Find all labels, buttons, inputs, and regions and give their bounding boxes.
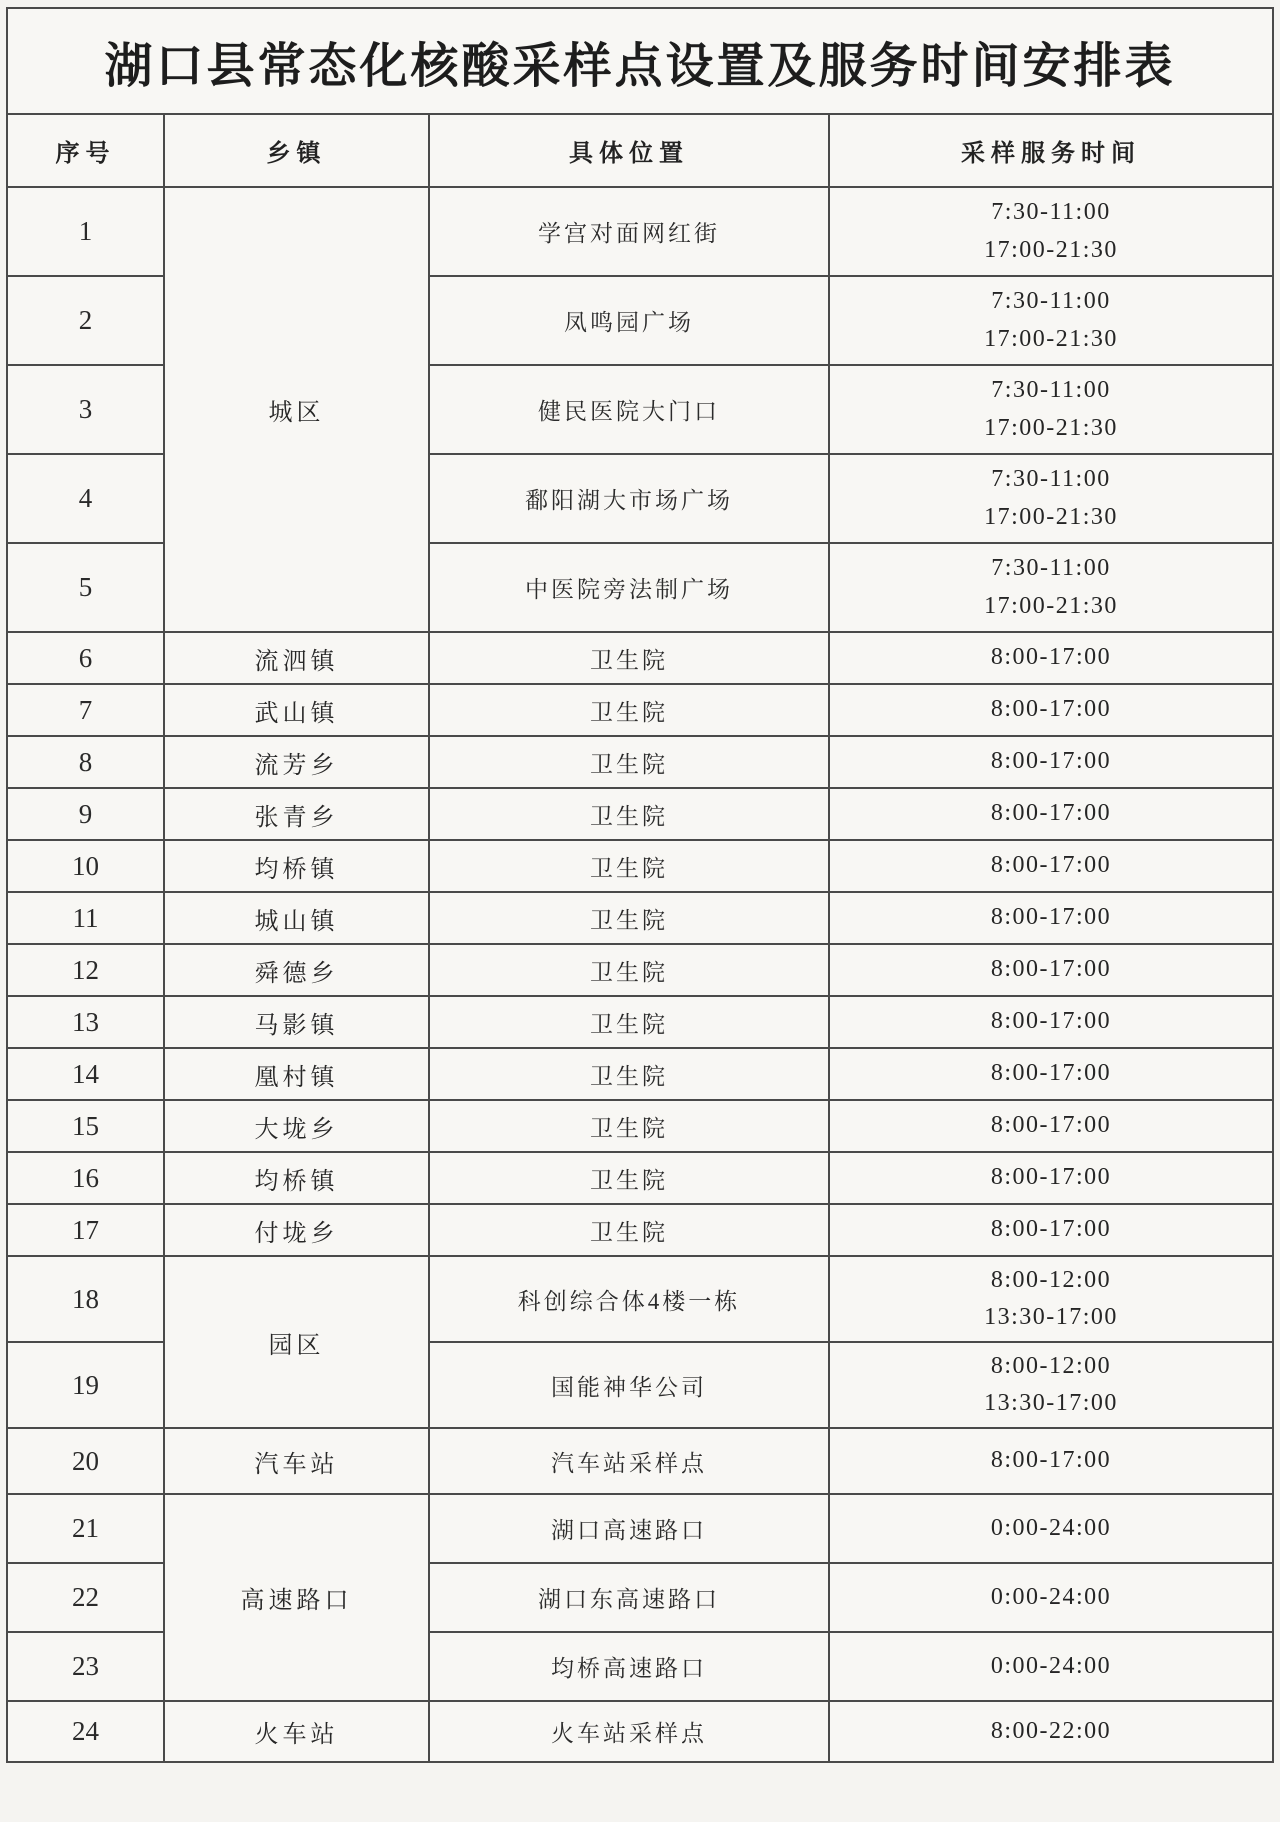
location-cell: 汽车站采样点: [429, 1428, 829, 1494]
time-line-1: 7:30-11:00: [830, 194, 1272, 231]
location-cell: 学宫对面网红街: [429, 187, 829, 276]
location-cell: 科创综合体4楼一栋: [429, 1256, 829, 1342]
time-cell: 0:00-24:00: [829, 1494, 1273, 1563]
serial-cell: 1: [7, 187, 164, 276]
time-cell: 7:30-11:00 17:00-21:30: [829, 187, 1273, 276]
time-line-1: 7:30-11:00: [830, 283, 1272, 320]
time-line-1: 8:00-12:00: [830, 1262, 1272, 1299]
location-cell: 湖口东高速路口: [429, 1563, 829, 1632]
title-row: 湖口县常态化核酸采样点设置及服务时间安排表: [7, 8, 1273, 114]
table-row: 21 高速路口 湖口高速路口 0:00-24:00: [7, 1494, 1273, 1563]
serial-cell: 5: [7, 543, 164, 632]
table-row: 24 火车站 火车站采样点 8:00-22:00: [7, 1701, 1273, 1762]
time-cell: 0:00-24:00: [829, 1563, 1273, 1632]
time-line-1: 7:30-11:00: [830, 372, 1272, 409]
town-cell: 城山镇: [164, 892, 429, 944]
time-line-2: 17:00-21:30: [830, 410, 1272, 447]
time-cell: 8:00-17:00: [829, 892, 1273, 944]
table-row: 12 舜德乡 卫生院 8:00-17:00: [7, 944, 1273, 996]
location-cell: 卫生院: [429, 840, 829, 892]
town-cell-merged: 城区: [164, 187, 429, 632]
table-row: 14 凰村镇 卫生院 8:00-17:00: [7, 1048, 1273, 1100]
time-cell: 7:30-11:00 17:00-21:30: [829, 365, 1273, 454]
header-row: 序号 乡镇 具体位置 采样服务时间: [7, 114, 1273, 187]
col-header-time: 采样服务时间: [829, 114, 1273, 187]
town-cell: 流芳乡: [164, 736, 429, 788]
time-cell: 8:00-22:00: [829, 1701, 1273, 1762]
location-cell: 卫生院: [429, 684, 829, 736]
serial-cell: 2: [7, 276, 164, 365]
town-cell-merged: 园区: [164, 1256, 429, 1428]
time-cell: 8:00-17:00: [829, 788, 1273, 840]
time-line-1: 7:30-11:00: [830, 461, 1272, 498]
location-cell: 卫生院: [429, 1100, 829, 1152]
serial-cell: 20: [7, 1428, 164, 1494]
town-cell: 流泗镇: [164, 632, 429, 684]
table-row: 1 城区 学宫对面网红街 7:30-11:00 17:00-21:30: [7, 187, 1273, 276]
col-header-no: 序号: [7, 114, 164, 187]
serial-cell: 18: [7, 1256, 164, 1342]
serial-cell: 24: [7, 1701, 164, 1762]
location-cell: 国能神华公司: [429, 1342, 829, 1428]
location-cell: 卫生院: [429, 1204, 829, 1256]
town-cell-merged: 高速路口: [164, 1494, 429, 1701]
table-row: 6 流泗镇 卫生院 8:00-17:00: [7, 632, 1273, 684]
town-cell: 张青乡: [164, 788, 429, 840]
town-cell: 汽车站: [164, 1428, 429, 1494]
table-row: 8 流芳乡 卫生院 8:00-17:00: [7, 736, 1273, 788]
time-cell: 8:00-12:00 13:30-17:00: [829, 1342, 1273, 1428]
document-sheet: 湖口县常态化核酸采样点设置及服务时间安排表 序号 乡镇 具体位置 采样服务时间 …: [6, 7, 1274, 1763]
serial-cell: 23: [7, 1632, 164, 1701]
town-cell: 均桥镇: [164, 1152, 429, 1204]
serial-cell: 22: [7, 1563, 164, 1632]
serial-cell: 12: [7, 944, 164, 996]
location-cell: 中医院旁法制广场: [429, 543, 829, 632]
serial-cell: 11: [7, 892, 164, 944]
time-cell: 7:30-11:00 17:00-21:30: [829, 276, 1273, 365]
serial-cell: 7: [7, 684, 164, 736]
town-cell: 武山镇: [164, 684, 429, 736]
location-cell: 均桥高速路口: [429, 1632, 829, 1701]
location-cell: 健民医院大门口: [429, 365, 829, 454]
table-row: 20 汽车站 汽车站采样点 8:00-17:00: [7, 1428, 1273, 1494]
serial-cell: 16: [7, 1152, 164, 1204]
town-cell: 大垅乡: [164, 1100, 429, 1152]
time-cell: 8:00-17:00: [829, 996, 1273, 1048]
page-title: 湖口县常态化核酸采样点设置及服务时间安排表: [7, 8, 1273, 114]
location-cell: 卫生院: [429, 736, 829, 788]
time-cell: 8:00-17:00: [829, 632, 1273, 684]
town-cell: 舜德乡: [164, 944, 429, 996]
time-line-2: 17:00-21:30: [830, 588, 1272, 625]
table-row: 15 大垅乡 卫生院 8:00-17:00: [7, 1100, 1273, 1152]
table-row: 13 马影镇 卫生院 8:00-17:00: [7, 996, 1273, 1048]
location-cell: 卫生院: [429, 996, 829, 1048]
time-cell: 7:30-11:00 17:00-21:30: [829, 543, 1273, 632]
table-row: 18 园区 科创综合体4楼一栋 8:00-12:00 13:30-17:00: [7, 1256, 1273, 1342]
serial-cell: 19: [7, 1342, 164, 1428]
serial-cell: 14: [7, 1048, 164, 1100]
location-cell: 火车站采样点: [429, 1701, 829, 1762]
serial-cell: 13: [7, 996, 164, 1048]
table-row: 11 城山镇 卫生院 8:00-17:00: [7, 892, 1273, 944]
location-cell: 鄱阳湖大市场广场: [429, 454, 829, 543]
table-row: 9 张青乡 卫生院 8:00-17:00: [7, 788, 1273, 840]
time-cell: 8:00-17:00: [829, 1428, 1273, 1494]
time-cell: 8:00-17:00: [829, 1204, 1273, 1256]
serial-cell: 6: [7, 632, 164, 684]
table-row: 16 均桥镇 卫生院 8:00-17:00: [7, 1152, 1273, 1204]
serial-cell: 3: [7, 365, 164, 454]
serial-cell: 17: [7, 1204, 164, 1256]
location-cell: 卫生院: [429, 788, 829, 840]
location-cell: 卫生院: [429, 1048, 829, 1100]
time-cell: 8:00-17:00: [829, 1048, 1273, 1100]
location-cell: 卫生院: [429, 1152, 829, 1204]
time-line-2: 13:30-17:00: [830, 1299, 1272, 1336]
table-row: 10 均桥镇 卫生院 8:00-17:00: [7, 840, 1273, 892]
serial-cell: 21: [7, 1494, 164, 1563]
table-row: 17 付垅乡 卫生院 8:00-17:00: [7, 1204, 1273, 1256]
time-line-2: 17:00-21:30: [830, 321, 1272, 358]
time-line-2: 17:00-21:30: [830, 499, 1272, 536]
time-line-1: 8:00-12:00: [830, 1348, 1272, 1385]
town-cell: 付垅乡: [164, 1204, 429, 1256]
sampling-schedule-table: 湖口县常态化核酸采样点设置及服务时间安排表 序号 乡镇 具体位置 采样服务时间 …: [6, 7, 1274, 1763]
time-cell: 8:00-17:00: [829, 944, 1273, 996]
location-cell: 卫生院: [429, 944, 829, 996]
town-cell: 凰村镇: [164, 1048, 429, 1100]
location-cell: 凤鸣园广场: [429, 276, 829, 365]
time-cell: 0:00-24:00: [829, 1632, 1273, 1701]
town-cell: 均桥镇: [164, 840, 429, 892]
time-cell: 8:00-17:00: [829, 1100, 1273, 1152]
serial-cell: 10: [7, 840, 164, 892]
time-cell: 8:00-17:00: [829, 840, 1273, 892]
serial-cell: 8: [7, 736, 164, 788]
location-cell: 卫生院: [429, 632, 829, 684]
serial-cell: 15: [7, 1100, 164, 1152]
col-header-town: 乡镇: [164, 114, 429, 187]
location-cell: 湖口高速路口: [429, 1494, 829, 1563]
time-line-2: 17:00-21:30: [830, 232, 1272, 269]
serial-cell: 9: [7, 788, 164, 840]
time-cell: 8:00-17:00: [829, 684, 1273, 736]
time-cell: 8:00-12:00 13:30-17:00: [829, 1256, 1273, 1342]
time-line-2: 13:30-17:00: [830, 1385, 1272, 1422]
table-row: 7 武山镇 卫生院 8:00-17:00: [7, 684, 1273, 736]
time-cell: 8:00-17:00: [829, 1152, 1273, 1204]
time-line-1: 7:30-11:00: [830, 550, 1272, 587]
town-cell: 火车站: [164, 1701, 429, 1762]
col-header-location: 具体位置: [429, 114, 829, 187]
time-cell: 7:30-11:00 17:00-21:30: [829, 454, 1273, 543]
serial-cell: 4: [7, 454, 164, 543]
location-cell: 卫生院: [429, 892, 829, 944]
time-cell: 8:00-17:00: [829, 736, 1273, 788]
town-cell: 马影镇: [164, 996, 429, 1048]
